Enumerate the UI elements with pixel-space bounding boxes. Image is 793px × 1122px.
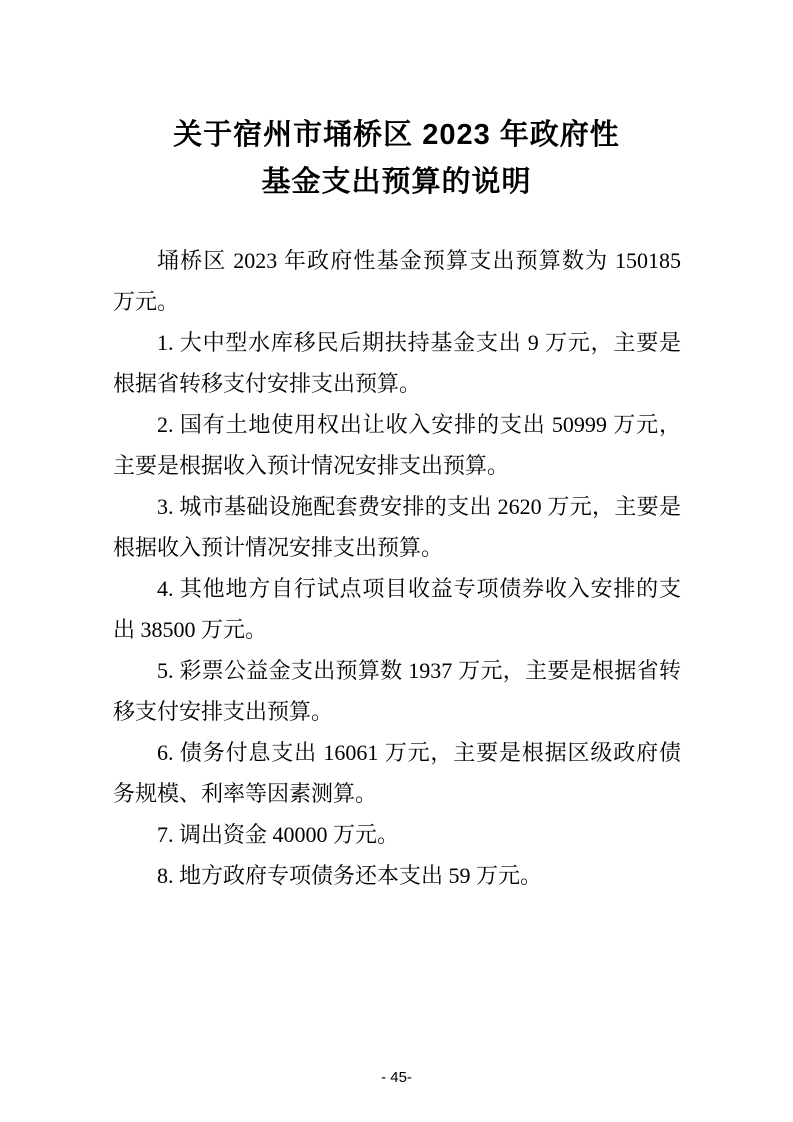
body-paragraph: 1. 大中型水库移民后期扶持基金支出 9 万元，主要是根据省转移支付安排支出预算… — [113, 322, 681, 404]
page-number: - 45- — [0, 1069, 793, 1086]
document-title-line-1: 关于宿州市埇桥区 2023 年政府性 — [90, 112, 703, 159]
document-title: 关于宿州市埇桥区 2023 年政府性 基金支出预算的说明 — [0, 112, 793, 206]
document-title-line-2: 基金支出预算的说明 — [90, 159, 703, 206]
body-paragraph: 7. 调出资金 40000 万元。 — [113, 814, 681, 855]
body-paragraph: 4. 其他地方自行试点项目收益专项债券收入安排的支出 38500 万元。 — [113, 568, 681, 650]
document-body: 埇桥区 2023 年政府性基金预算支出预算数为 150185 万元。1. 大中型… — [0, 240, 793, 896]
body-paragraph: 2. 国有土地使用权出让收入安排的支出 50999 万元，主要是根据收入预计情况… — [113, 404, 681, 486]
body-paragraph: 埇桥区 2023 年政府性基金预算支出预算数为 150185 万元。 — [113, 240, 681, 322]
body-paragraph: 8. 地方政府专项债务还本支出 59 万元。 — [113, 855, 681, 896]
document-page: 关于宿州市埇桥区 2023 年政府性 基金支出预算的说明 埇桥区 2023 年政… — [0, 0, 793, 1122]
body-paragraph: 5. 彩票公益金支出预算数 1937 万元，主要是根据省转移支付安排支出预算。 — [113, 650, 681, 732]
body-paragraph: 3. 城市基础设施配套费安排的支出 2620 万元，主要是根据收入预计情况安排支… — [113, 486, 681, 568]
body-paragraph: 6. 债务付息支出 16061 万元，主要是根据区级政府债务规模、利率等因素测算… — [113, 732, 681, 814]
